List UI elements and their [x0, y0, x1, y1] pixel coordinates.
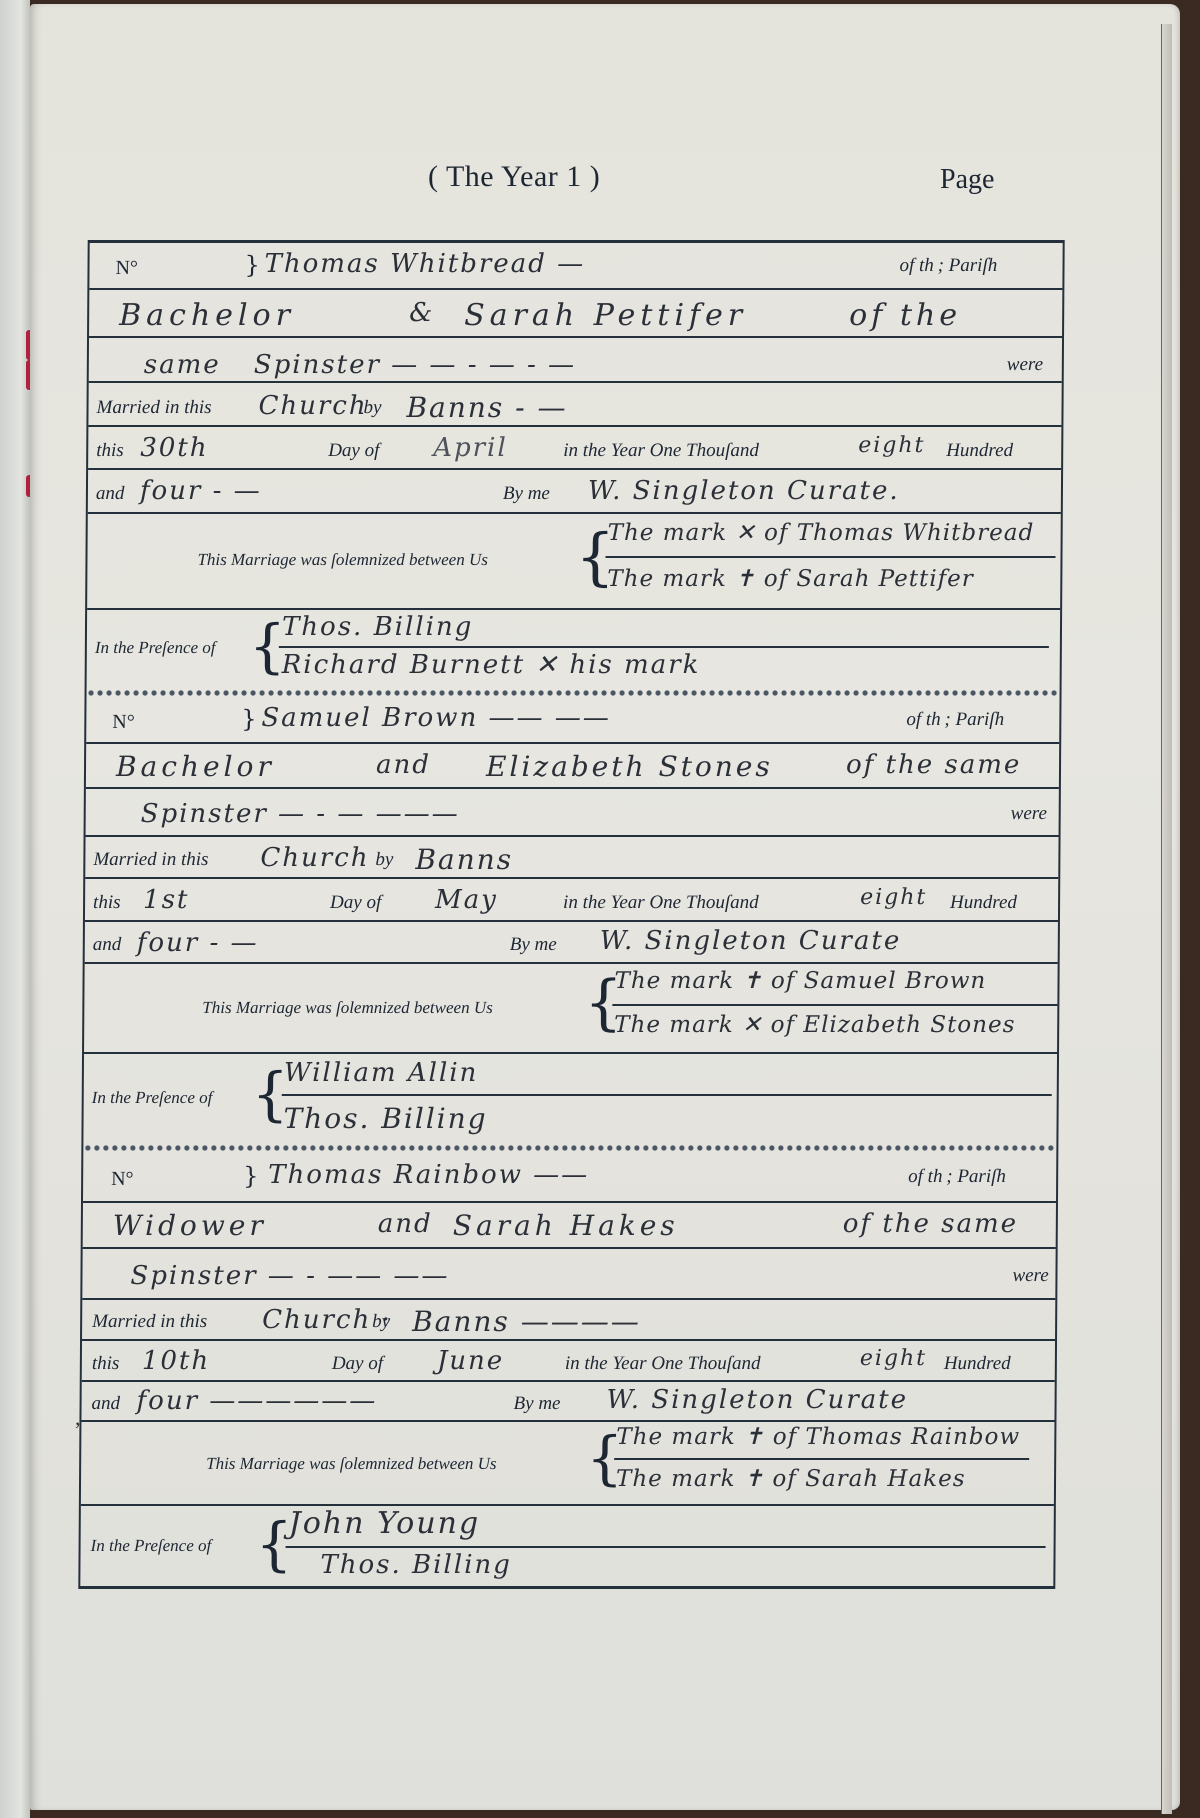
solemnized-label: This Marriage was ſolemnized between Us — [197, 550, 488, 570]
year-word: eight — [860, 1346, 927, 1371]
year-word: eight — [858, 433, 925, 458]
of-this-parish-label: of th ; Pariſh — [899, 255, 997, 277]
marriage-month: April — [433, 433, 508, 463]
bride-name: Sarah Pettifer — [464, 298, 747, 333]
number-label: N° — [115, 257, 138, 280]
marriage-method: Banns - — — [406, 391, 567, 424]
marriage-entry: N° } Thomas Whitbread — of th ; Pariſh B… — [87, 243, 1063, 688]
bride-status: Spinster — - — ——— — [141, 799, 460, 829]
entry-status-row: Spinster — - —— —— were — [82, 1249, 1055, 1300]
entry-witness-row: In the Preſence of { John Young Thos. Bi… — [80, 1506, 1054, 1584]
conjunction: & — [409, 298, 434, 328]
entry-status-row: same Spinster — — - — - — were — [89, 338, 1062, 383]
solemnized-label: This Marriage was ſolemnized between Us — [206, 1454, 497, 1474]
party-signature: The mark ✕ of Thomas Whitbread — [608, 520, 1035, 546]
marriage-day: 10th — [142, 1346, 210, 1376]
hundred-label: Hundred — [944, 1353, 1011, 1375]
ornamental-separator — [83, 1143, 1056, 1153]
officiant-signature: W. Singleton Curate. — [588, 476, 900, 506]
in-the-year-label: in the Year One Thouſand — [563, 892, 759, 914]
bride-status: Spinster — — - — - — — [254, 350, 576, 380]
and-label: and — [92, 1393, 121, 1415]
and-label: and — [96, 483, 125, 505]
presence-label: In the Preſence of — [92, 1088, 213, 1108]
entry-names-row: N° } Thomas Rainbow —— of th ; Pariſh — [83, 1154, 1056, 1203]
were-label: were — [1011, 803, 1047, 825]
marriage-place: Church — [258, 391, 367, 421]
entry-officiant-row: and four —————— By me W. Singleton Curat… — [81, 1382, 1054, 1422]
hundred-label: Hundred — [950, 892, 1017, 914]
entry-bride-row: Bachelor and Elizabeth Stones of the sam… — [86, 744, 1059, 789]
this-label: this — [93, 892, 121, 914]
page-header: ( The Year 1 ) Page — [0, 160, 1200, 210]
year-title: ( The Year 1 ) — [428, 160, 600, 194]
in-the-year-label: in the Year One Thouſand — [565, 1353, 761, 1375]
married-in-this-label: Married in this — [93, 849, 208, 871]
officiant-signature: W. Singleton Curate — [607, 1385, 909, 1415]
marriage-method: Banns ———— — [412, 1305, 641, 1338]
day-of-label: Day of — [332, 1353, 383, 1375]
this-label: this — [96, 440, 124, 462]
hundred-label: Hundred — [946, 440, 1013, 462]
signature-line — [612, 1004, 1057, 1006]
married-in-this-label: Married in this — [92, 1311, 207, 1333]
by-me-label: By me — [510, 934, 557, 956]
entry-names-row: N° } Thomas Whitbread — of th ; Pariſh — [89, 243, 1062, 290]
by-me-label: By me — [514, 1393, 561, 1415]
residence-continued: same — [144, 350, 221, 380]
day-of-label: Day of — [328, 440, 379, 462]
year-end: four —————— — [136, 1386, 377, 1416]
entry-names-row: N° } Samuel Brown —— —— of th ; Pariſh — [86, 699, 1059, 744]
groom-status: Widower — [113, 1209, 267, 1242]
entry-date-row: this 10th Day of June in the Year One Th… — [82, 1341, 1055, 1382]
entry-bride-row: Bachelor & Sarah Pettifer of the — [89, 290, 1062, 338]
residence: of the same — [843, 1209, 1018, 1239]
year-end: four - — — [140, 476, 262, 506]
entry-officiant-row: and four - — By me W. Singleton Curate — [85, 922, 1058, 964]
this-label: this — [92, 1353, 120, 1375]
signature-line — [282, 1094, 1052, 1096]
bride-status: Spinster — - —— —— — [130, 1261, 449, 1291]
bride-name: Sarah Hakes — [453, 1209, 679, 1242]
marriage-entry: N° } Thomas Rainbow —— of th ; Pariſh Wi… — [80, 1154, 1056, 1584]
of-this-parish-label: of th ; Pariſh — [906, 709, 1004, 731]
brace-icon: } — [241, 705, 256, 733]
day-of-label: Day of — [330, 892, 381, 914]
witness-signature: John Young — [289, 1506, 481, 1541]
witness-signature: Thos. Billing — [320, 1550, 512, 1580]
entry-officiant-row: and four - — By me W. Singleton Curate. — [88, 470, 1061, 514]
entry-date-row: this 1st Day of May in the Year One Thou… — [85, 879, 1058, 922]
by-label: by — [375, 849, 393, 871]
marriage-entry: N° } Samuel Brown —— —— of th ; Pariſh B… — [83, 699, 1059, 1143]
entry-status-row: Spinster — - — ——— were — [86, 789, 1059, 837]
residence: of the same — [846, 750, 1021, 780]
entry-place-row: Married in this Church · by Banns ———— — [82, 1300, 1055, 1341]
party-signature: The mark ✝ of Sarah Hakes — [616, 1466, 966, 1492]
brace-icon: { — [255, 1510, 292, 1578]
married-in-this-label: Married in this — [96, 397, 211, 419]
facing-page-edge — [0, 0, 30, 1818]
residence: of the — [849, 298, 961, 333]
conjunction: and — [378, 1209, 433, 1239]
party-signature: The mark ✝ of Sarah Pettifer — [607, 566, 974, 592]
number-label: N° — [112, 711, 135, 734]
year-end: four - — — [137, 928, 259, 958]
marriage-method: Banns — [415, 843, 513, 876]
signature-line — [279, 646, 1049, 648]
witness-signature: William Allin — [284, 1058, 479, 1088]
ornamental-separator — [87, 688, 1060, 698]
signature-line — [286, 1546, 1046, 1548]
witness-signature: Thos. Billing — [283, 1102, 487, 1135]
number-label: N° — [111, 1168, 134, 1191]
party-signature: The mark ✕ of Elizabeth Stones — [614, 1012, 1015, 1038]
entry-bride-row: Widower and Sarah Hakes of the same — [83, 1203, 1056, 1249]
of-this-parish-label: of th ; Pariſh — [908, 1166, 1006, 1188]
conjunction: and — [376, 750, 431, 780]
were-label: were — [1012, 1265, 1048, 1287]
marriage-day: 30th — [140, 433, 208, 463]
entry-place-row: Married in this Church by Banns - — — [88, 383, 1061, 427]
brace-icon: } — [244, 251, 259, 279]
by-me-label: By me — [503, 483, 550, 505]
entry-solemnized-row: This Marriage was ſolemnized between Us … — [81, 1422, 1055, 1506]
signature-line — [605, 556, 1055, 558]
marriage-place: Church — [260, 843, 369, 873]
page-fore-edge — [1161, 24, 1172, 1814]
groom-status: Bachelor — [119, 298, 295, 333]
presence-label: In the Preſence of — [91, 1536, 212, 1556]
were-label: were — [1007, 354, 1043, 376]
year-word: eight — [860, 885, 927, 910]
marriage-month: May — [435, 885, 498, 915]
party-signature: The mark ✝ of Samuel Brown — [614, 968, 986, 994]
groom-name: Thomas Whitbread — — [264, 249, 585, 279]
marriage-register-table: N° } Thomas Whitbread — of th ; Pariſh B… — [78, 240, 1064, 1589]
and-label: and — [93, 934, 122, 956]
signature-line — [614, 1458, 1029, 1460]
groom-name: Thomas Rainbow —— — [268, 1160, 589, 1190]
entry-place-row: Married in this Church by Banns — [85, 837, 1058, 879]
by-label: by — [372, 1311, 390, 1333]
entry-witness-row: In the Preſence of { Thos. Billing Richa… — [87, 610, 1061, 688]
witness-signature: Thos. Billing — [282, 612, 474, 642]
marriage-day: 1st — [143, 885, 190, 915]
bride-name: Elizabeth Stones — [486, 750, 773, 783]
entry-solemnized-row: This Marriage was ſolemnized between Us … — [87, 514, 1061, 610]
marriage-month: June — [437, 1346, 505, 1376]
officiant-signature: W. Singleton Curate — [600, 926, 902, 956]
witness-signature: Richard Burnett ✕ his mark — [282, 650, 701, 680]
groom-name: Samuel Brown —— —— — [261, 703, 611, 733]
by-label: by — [363, 397, 381, 419]
entry-witness-row: In the Preſence of { William Allin Thos.… — [83, 1054, 1057, 1143]
entry-solemnized-row: This Marriage was ſolemnized between Us … — [84, 964, 1058, 1054]
entry-date-row: this 30th Day of April in the Year One T… — [88, 427, 1061, 470]
brace-icon: } — [243, 1162, 258, 1190]
page-label: Page — [940, 164, 994, 196]
presence-label: In the Preſence of — [95, 638, 216, 658]
groom-status: Bachelor — [116, 750, 275, 783]
margin-mark: , — [75, 1405, 81, 1431]
solemnized-label: This Marriage was ſolemnized between Us — [202, 998, 493, 1018]
in-the-year-label: in the Year One Thouſand — [563, 440, 759, 462]
party-signature: The mark ✝ of Thomas Rainbow — [616, 1424, 1020, 1450]
